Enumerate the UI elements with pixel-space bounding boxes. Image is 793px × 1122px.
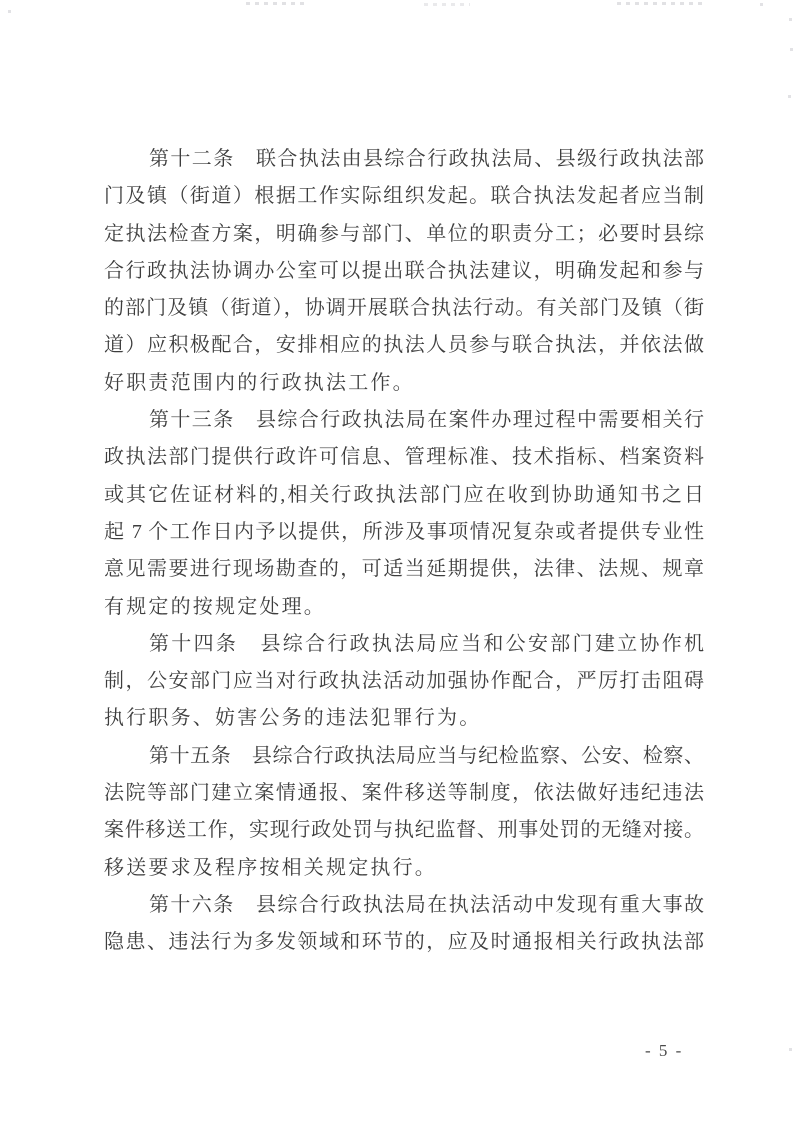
text-line: 或其它佐证材料的,相关行政执法部门应在收到协助通知书之日 — [104, 477, 704, 514]
text-line: 政执法部门提供行政许可信息、管理标准、技术指标、档案资料 — [104, 439, 704, 476]
paragraph-article-16: 第十六条 县综合行政执法局在执法活动中发现有重大事故隐患、违法行为多发领域和环节… — [104, 887, 704, 962]
page-number: - 5 - — [645, 1041, 683, 1061]
scan-artifact — [617, 2, 703, 5]
text-line: 制，公安部门应当对行政执法活动加强协作配合，严厉打击阻碍 — [104, 663, 704, 700]
text-line: 第十二条 联合执法由县综合行政执法局、县级行政执法部 — [104, 141, 704, 178]
text-line: 道）应积极配合，安排相应的执法人员参与联合执法，并依法做 — [104, 327, 704, 364]
scan-artifact — [789, 1048, 792, 1051]
scan-artifact — [760, 3, 763, 6]
scan-artifact — [788, 95, 791, 98]
paragraph-article-14: 第十四条 县综合行政执法局应当和公安部门建立协作机制，公安部门应当对行政执法活动… — [104, 626, 704, 738]
text-line: 定执法检查方案，明确参与部门、单位的职责分工；必要时县综 — [104, 216, 704, 253]
text-line: 法院等部门建立案情通报、案件移送等制度，依法做好违纪违法 — [104, 775, 704, 812]
text-line: 第十六条 县综合行政执法局在执法活动中发现有重大事故 — [104, 887, 704, 924]
scan-artifact — [246, 2, 304, 5]
paragraph-article-12: 第十二条 联合执法由县综合行政执法局、县级行政执法部门及镇（街道）根据工作实际组… — [104, 141, 704, 402]
scan-artifact — [789, 18, 792, 21]
text-line: 意见需要进行现场勘查的，可适当延期提供，法律、法规、规章 — [104, 551, 704, 588]
text-line: 的部门及镇（街道），协调开展联合执法行动。有关部门及镇（街 — [104, 290, 704, 327]
text-line: 有规定的按规定处理。 — [104, 589, 704, 626]
paragraph-container: 第十二条 联合执法由县综合行政执法局、县级行政执法部门及镇（街道）根据工作实际组… — [104, 141, 704, 962]
text-line: 隐患、违法行为多发领域和环节的，应及时通报相关行政执法部 — [104, 924, 704, 961]
text-line: 第十五条 县综合行政执法局应当与纪检监察、公安、检察、 — [104, 738, 704, 775]
text-line: 案件移送工作，实现行政处罚与执纪监督、刑事处罚的无缝对接。 — [104, 812, 704, 849]
text-line: 合行政执法协调办公室可以提出联合执法建议，明确发起和参与 — [104, 253, 704, 290]
text-line: 起 7 个工作日内予以提供，所涉及事项情况复杂或者提供专业性 — [104, 514, 704, 551]
document-page: 第十二条 联合执法由县综合行政执法局、县级行政执法部门及镇（街道）根据工作实际组… — [0, 0, 793, 1122]
document-body: 第十二条 联合执法由县综合行政执法局、县级行政执法部门及镇（街道）根据工作实际组… — [104, 141, 704, 962]
text-line: 好职责范围内的行政执法工作。 — [104, 365, 704, 402]
paragraph-article-13: 第十三条 县综合行政执法局在案件办理过程中需要相关行政执法部门提供行政许可信息、… — [104, 402, 704, 626]
text-line: 第十三条 县综合行政执法局在案件办理过程中需要相关行 — [104, 402, 704, 439]
text-line: 第十四条 县综合行政执法局应当和公安部门建立协作机 — [104, 626, 704, 663]
text-line: 执行职务、妨害公务的违法犯罪行为。 — [104, 700, 704, 737]
text-line: 门及镇（街道）根据工作实际组织发起。联合执法发起者应当制 — [104, 178, 704, 215]
text-line: 移送要求及程序按相关规定执行。 — [104, 850, 704, 887]
paragraph-article-15: 第十五条 县综合行政执法局应当与纪检监察、公安、检察、法院等部门建立案情通报、案… — [104, 738, 704, 887]
scan-artifact — [8, 10, 11, 13]
scan-artifact — [424, 3, 470, 6]
